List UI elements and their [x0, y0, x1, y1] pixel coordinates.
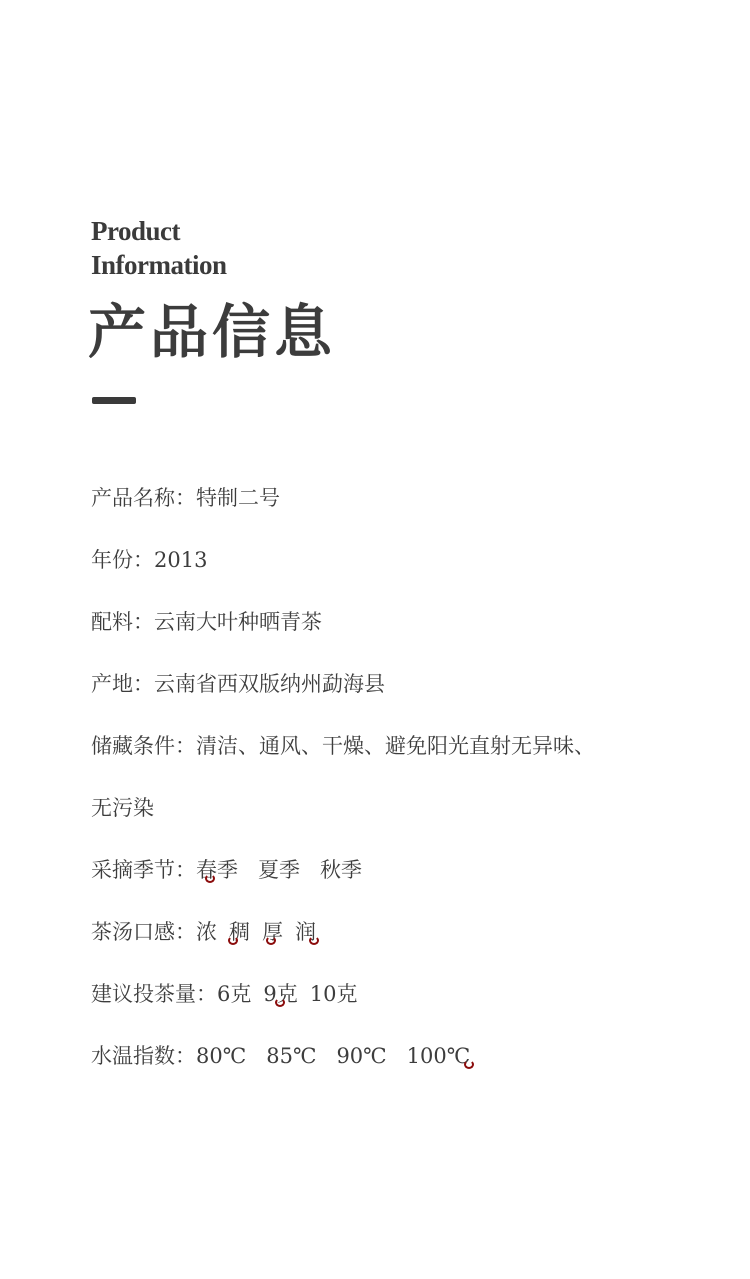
temp-option-label: 85℃ [266, 1044, 316, 1068]
title-divider [92, 397, 136, 404]
check-mark-icon [205, 874, 215, 883]
info-row-storage-cont: 无污染 [91, 790, 691, 852]
season-option-spring: 春季 [196, 852, 238, 888]
name-value: 特制二号 [196, 486, 280, 510]
chinese-title: 产品信息 [88, 296, 336, 368]
temp-option-label: 80℃ [196, 1044, 246, 1068]
amount-label: 建议投茶量： [91, 982, 217, 1006]
taste-option-full: 厚 [262, 914, 283, 950]
year-label: 年份： [91, 548, 154, 572]
temp-option-80: 80℃ [196, 1038, 246, 1074]
taste-option-rich: 浓 [196, 914, 217, 950]
season-option-label: 秋季 [320, 858, 362, 882]
season-option-label: 夏季 [258, 858, 300, 882]
amount-option-6g: 6克 [217, 976, 251, 1012]
check-mark-icon [464, 1060, 474, 1069]
temp-option-label: 100℃ [407, 1044, 471, 1068]
amount-option-9g: 9克 [263, 976, 297, 1012]
english-title-line1: Product [91, 214, 227, 248]
amount-option-10g: 10克 [310, 976, 358, 1012]
origin-label: 产地： [91, 672, 154, 696]
temp-option-90: 90℃ [336, 1038, 386, 1074]
taste-label: 茶汤口感： [91, 920, 196, 944]
check-mark-icon [309, 936, 319, 945]
season-label: 采摘季节： [91, 858, 196, 882]
taste-option-label: 浓 [196, 920, 217, 944]
name-label: 产品名称： [91, 486, 196, 510]
storage-label: 储藏条件： [91, 734, 196, 758]
product-info-list: 产品名称：特制二号 年份：2013 配料：云南大叶种晒青茶 产地：云南省西双版纳… [91, 480, 691, 1100]
info-row-year: 年份：2013 [91, 542, 691, 604]
temp-option-label: 90℃ [336, 1044, 386, 1068]
season-option-summer: 夏季 [258, 852, 300, 888]
info-row-name: 产品名称：特制二号 [91, 480, 691, 542]
info-row-temperature: 水温指数：80℃85℃90℃100℃ [91, 1038, 691, 1100]
info-row-amount: 建议投茶量：6克9克10克 [91, 976, 691, 1038]
english-title-line2: Information [91, 248, 227, 282]
check-mark-icon [266, 936, 276, 945]
year-value: 2013 [154, 548, 207, 572]
storage-value: 清洁、通风、干燥、避免阳光直射无异味、 [196, 734, 595, 758]
info-row-taste: 茶汤口感：浓稠厚润 [91, 914, 691, 976]
temp-option-100: 100℃ [407, 1038, 471, 1074]
english-title: Product Information [91, 214, 227, 282]
amount-option-label: 10克 [310, 982, 358, 1006]
ingredients-value: 云南大叶种晒青茶 [154, 610, 322, 634]
ingredients-label: 配料： [91, 610, 154, 634]
info-row-origin: 产地：云南省西双版纳州勐海县 [91, 666, 691, 728]
season-option-autumn: 秋季 [320, 852, 362, 888]
season-option-label: 春季 [196, 858, 238, 882]
origin-value: 云南省西双版纳州勐海县 [154, 672, 385, 696]
storage-value-continued: 无污染 [91, 796, 154, 820]
info-row-ingredients: 配料：云南大叶种晒青茶 [91, 604, 691, 666]
info-row-season: 采摘季节：春季夏季秋季 [91, 852, 691, 914]
temperature-label: 水温指数： [91, 1044, 196, 1068]
check-mark-icon [228, 936, 238, 945]
taste-option-smooth: 润 [295, 914, 316, 950]
amount-option-label: 6克 [217, 982, 251, 1006]
taste-option-thick: 稠 [229, 914, 250, 950]
info-row-storage: 储藏条件：清洁、通风、干燥、避免阳光直射无异味、 [91, 728, 691, 790]
temp-option-85: 85℃ [266, 1038, 316, 1074]
